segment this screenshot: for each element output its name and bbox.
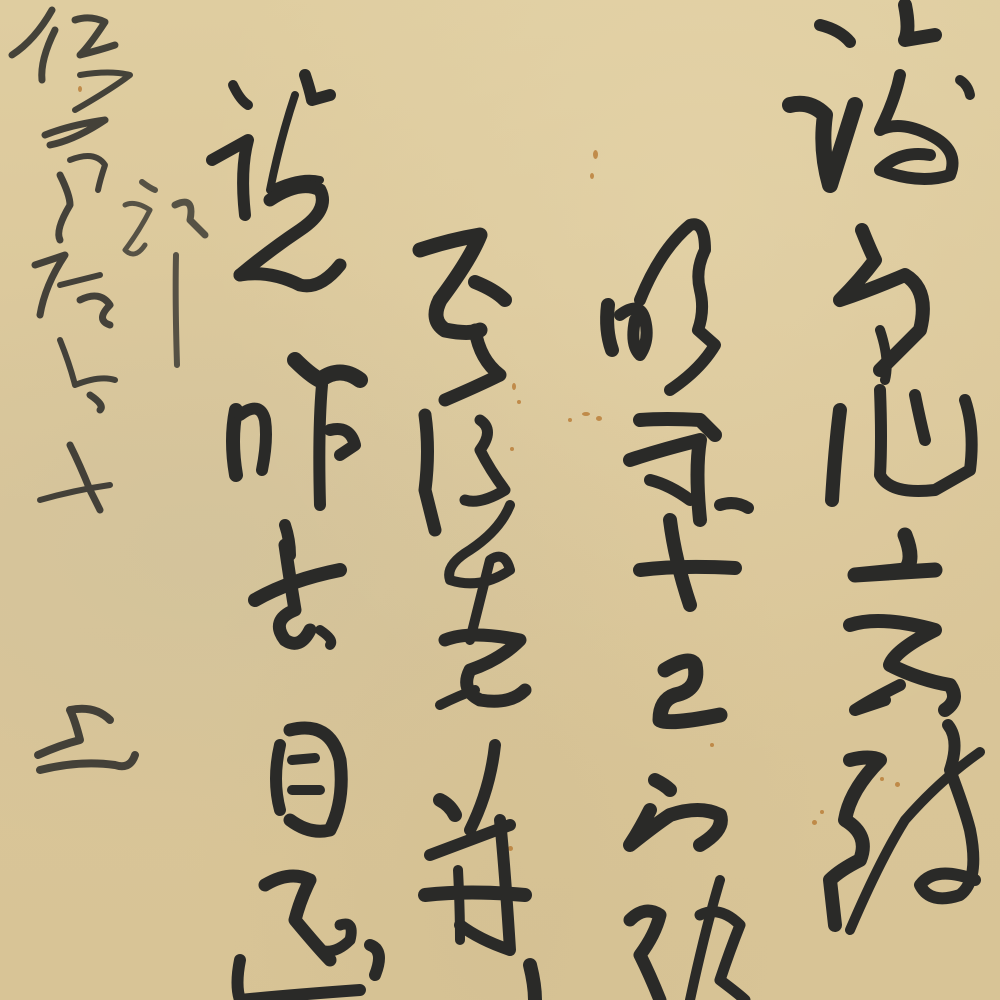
- column-3-characters: [420, 235, 535, 1000]
- interlinear-annotation: [125, 182, 205, 365]
- annotation-text: 行: [0, 0, 1, 1]
- column-1-characters: [790, 5, 980, 930]
- calligraphy-paper: 談即忽東坡 昭年已六秋 及得東華 讀之昨春日過 倦由紀我之 行: [0, 0, 1000, 1000]
- column-4-characters: [212, 75, 379, 1000]
- ink-strokes: [0, 0, 1000, 1000]
- column-2-characters: [607, 224, 748, 1000]
- column-5-characters: [12, 10, 135, 770]
